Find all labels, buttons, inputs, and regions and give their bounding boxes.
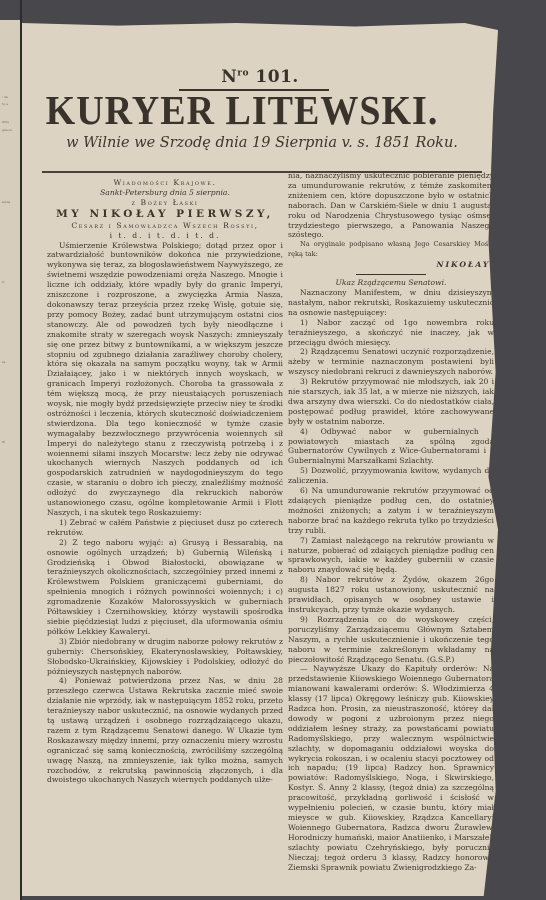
- newspaper-page: Nro 101. KURYER LITEWSKI. w Wilnie we Sr…: [22, 23, 498, 896]
- ukaz-heading: Ukaz Rządzącemu Senatowi.: [288, 278, 494, 288]
- previous-page-fragment: gracel: [2, 128, 18, 132]
- ukaz-paragraph: Naznaczony Manifestem, w dniu dzisieyszy…: [288, 288, 494, 318]
- invocation: z Bożey Łaski: [47, 198, 283, 208]
- ukaz-paragraph: 4) Odbywać nabor w gubernialnych i powia…: [288, 427, 494, 467]
- ukaz-paragraph: 5) Dozwolić, przyymowania kwitow, wydany…: [288, 466, 494, 486]
- manifesto-paragraph: Uśmierzenie Królewstwa Polskiego; dotąd …: [47, 241, 283, 518]
- signature: NIKOŁAY.: [288, 260, 494, 270]
- ukaz-paragraph: 3) Rekrutów przyymować nie młodszych, ia…: [288, 377, 494, 427]
- issue-prefix: N: [221, 67, 237, 87]
- monarch-title: Cesarz i Samowładzca Wszech Rossyi,: [47, 221, 283, 231]
- ukaz-paragraph: 1) Nabor zacząć od 1go nowembra roku ter…: [288, 318, 494, 348]
- previous-page-edge: ; da ty, a rlitly gracel felcia ic ra- W: [0, 20, 20, 900]
- orders-paragraph: — Naywyższe Ukazy do Kapituły orderów: N…: [288, 664, 494, 872]
- manifesto-paragraph: 3) Zbiór niedobrany w drugim naborze poł…: [47, 637, 283, 677]
- manifesto-paragraph: 2) Z tego naboru wyjąć: a) Grusyą i Bess…: [47, 538, 283, 637]
- previous-page-fragment: felcia: [2, 200, 18, 204]
- signature-note: Na oryginale podpisano własną Jego Cesar…: [288, 240, 494, 260]
- left-column: Wiadomości Krajowe. Sankt-Petersburg dni…: [47, 178, 283, 785]
- binding-shadow: [20, 0, 22, 900]
- manifesto-paragraph: 1) Zebrać w całém Państwie z pięciuset d…: [47, 518, 283, 538]
- monarch-name: MY NIKOŁAY PIERWSZY,: [47, 208, 283, 221]
- manifesto-closing: nia, naznaczyliśmy uskutecznić pobierani…: [288, 171, 494, 240]
- manifesto-paragraph: 4) Ponieważ potwierdzona przez Nas, w dn…: [47, 676, 283, 785]
- etc-line: i t. d. i t. d. i t. d.: [47, 231, 283, 241]
- previous-page-fragment: ic: [2, 280, 18, 284]
- previous-page-fragment: ; da: [2, 95, 18, 99]
- previous-page-fragment: ra-: [2, 360, 18, 364]
- ukaz-paragraph: 7) Zamiast należącego na rekrutów prowia…: [288, 536, 494, 576]
- previous-page-fragment: W: [2, 440, 18, 444]
- previous-page-fragment: ty, a: [2, 102, 18, 106]
- ukaz-paragraph: 9) Rozrządzenia co do woyskowey części, …: [288, 615, 494, 665]
- ukaz-paragraph: 8) Nabor rekrutów z Żydów, okazem 26go a…: [288, 575, 494, 615]
- right-column: nia, naznaczyliśmy uskutecznić pobierani…: [288, 171, 494, 872]
- issue-suffix: ro: [237, 68, 249, 78]
- dateline: w Wilnie we Srzodę dnia 19 Sierpnia v. s…: [32, 135, 492, 151]
- issue-number: Nro 101.: [22, 67, 498, 87]
- issue-number-value: 101.: [255, 67, 298, 87]
- section-divider: [356, 274, 426, 275]
- newspaper-title: KURYER LITEWSKI.: [32, 87, 452, 135]
- ukaz-paragraph: 2) Rządzącemu Senatowi uczynić rozporząd…: [288, 347, 494, 377]
- previous-page-fragment: rlitly: [2, 120, 18, 124]
- ukaz-paragraph: 6) Na umundurowanie rekrutów przyymować …: [288, 486, 494, 536]
- section-heading: Wiadomości Krajowe.: [47, 178, 283, 188]
- place-date: Sankt-Petersburg dnia 5 sierpnia.: [47, 188, 283, 198]
